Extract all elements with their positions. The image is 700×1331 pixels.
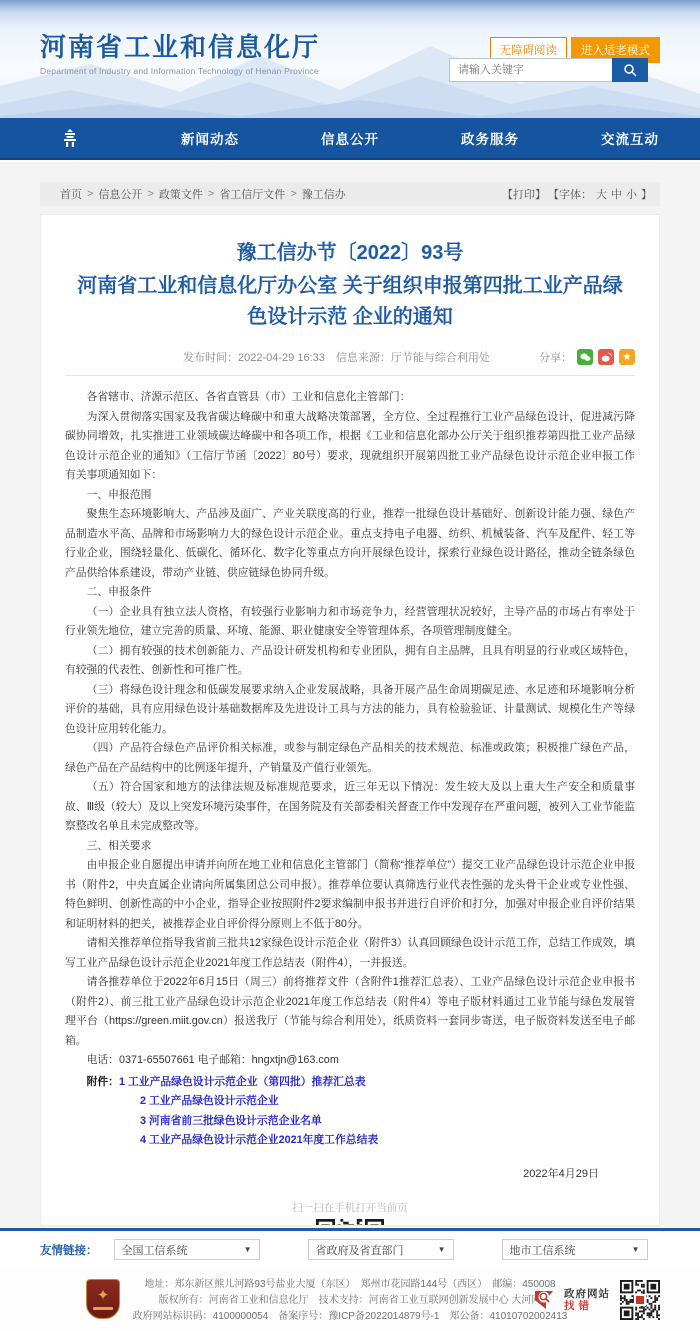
emblem-bar xyxy=(93,1307,113,1310)
site-footer: ✦ 地址：郑东新区熊儿河路93号盐业大厦（东区） 郑州市花园路144号（西区） … xyxy=(0,1268,700,1331)
breadcrumb-item: 首页 xyxy=(50,186,82,202)
search-bar xyxy=(449,58,648,82)
article-paragraph: 三、相关要求 xyxy=(65,837,635,857)
select-value: 全国工信系统 xyxy=(122,1242,188,1258)
font-size-option[interactable]: 中 xyxy=(611,189,622,201)
weibo-share-icon[interactable] xyxy=(598,349,614,365)
breadcrumb-link[interactable]: 豫工信办 xyxy=(302,186,346,202)
breadcrumb-item: > 省工信厅文件 xyxy=(203,186,285,202)
article-paragraph: （五）符合国家和地方的法律法规及标准规范要求，近三年无以下情况：发生较大及以上重… xyxy=(65,778,635,837)
attachments-label: 附件： xyxy=(87,1076,119,1088)
chevron-down-icon: ▼ xyxy=(632,1245,640,1254)
attachment-link[interactable]: 4 工业产品绿色设计示范企业2021年度工作总结表 xyxy=(140,1134,378,1146)
breadcrumb-separator: > xyxy=(147,188,153,200)
search-icon xyxy=(623,63,637,77)
search-button[interactable] xyxy=(612,58,648,82)
article-paragraph: 请各推荐单位于2022年6月15日（周三）前将推荐文件（含附件1推荐汇总表）、工… xyxy=(65,973,635,1051)
error-badge-line2: 找错 xyxy=(564,1300,610,1312)
footer-qr-logo xyxy=(634,1294,646,1306)
article-paragraph: 聚焦生态环境影响大、产品涉及面广、产业关联度高的行业，推荐一批绿色设计基础好、创… xyxy=(65,505,635,583)
home-pagoda-icon xyxy=(60,128,80,148)
page: 河南省工业和信息化厅 Department of Industry and In… xyxy=(0,0,700,1331)
article-paragraph: 请相关推荐单位指导我省前三批共12家绿色设计示范企业（附件3）认真回顾绿色设计示… xyxy=(65,934,635,973)
friend-links-select[interactable]: 全国工信系统 ▼ xyxy=(114,1239,260,1260)
nav-item[interactable]: 交流互动 xyxy=(560,118,700,158)
select-value: 地市工信系统 xyxy=(510,1242,576,1258)
article-paragraph: 二、申报条件 xyxy=(65,583,635,603)
share-label: 分享： xyxy=(539,349,572,365)
friend-links-label: 友情链接： xyxy=(40,1242,98,1258)
font-size-prefix: 【字体： xyxy=(548,186,592,202)
font-size-options: 大中小 xyxy=(594,186,639,202)
page-qr-code xyxy=(316,1219,384,1226)
chevron-down-icon: ▼ xyxy=(438,1245,446,1254)
site-banner: 河南省工业和信息化厅 Department of Industry and In… xyxy=(0,0,700,118)
favorite-share-icon[interactable]: ★ xyxy=(619,349,635,365)
emblem-icon: ✦ xyxy=(97,1288,110,1304)
nav-item[interactable]: 政务服务 xyxy=(420,118,560,158)
article-paragraph: （四）产品符合绿色产品评价相关标准，或参与制定绿色产品相关的技术规范、标准或政策… xyxy=(65,739,635,778)
paragraph-list: 各省辖市、济源示范区、各省直管县（市）工业和信息化主管部门：为深入贯彻落实国家及… xyxy=(65,388,635,1071)
attachments-block: 附件：1 工业产品绿色设计示范企业（第四批）推荐汇总表 2 工业产品绿色设计示范… xyxy=(65,1073,635,1151)
print-button[interactable]: 【打印】 xyxy=(502,186,546,202)
article-paragraph: （一）企业具有独立法人资格，有较强行业影响力和市场竞争力，经营管理状况较好，主导… xyxy=(65,603,635,642)
attachment-list: 2 工业产品绿色设计示范企业3 河南省前三批绿色设计示范企业名单4 工业产品绿色… xyxy=(65,1092,635,1151)
qr-caption: 扫一扫在手机打开当前页 xyxy=(65,1200,635,1215)
publish-info: 发布时间：2022-04-29 16:33 信息来源：厅节能与综合利用处 xyxy=(183,349,490,365)
font-size-suffix: 】 xyxy=(641,186,652,202)
search-input[interactable] xyxy=(449,58,612,82)
breadcrumb-bar: 首页 > 信息公开 > 政策文件 > 省工信厅文件 > 豫工信办 【打印】 【字… xyxy=(40,182,660,206)
font-size-option[interactable]: 小 xyxy=(626,189,637,201)
document-card: 豫工信办节〔2022〕93号 河南省工业和信息化厅办公室 关于组织申报第四批工业… xyxy=(40,214,660,1226)
page-tools: 【打印】 【字体： 大中小 】 xyxy=(502,186,652,202)
share-bar: 分享： ★ xyxy=(539,349,635,365)
chevron-down-icon: ▼ xyxy=(244,1245,252,1254)
site-title: 河南省工业和信息化厅 xyxy=(40,32,320,62)
nav-item[interactable]: 信息公开 xyxy=(280,118,420,158)
nav-item[interactable]: 新闻动态 xyxy=(140,118,280,158)
gov-emblem-badge[interactable]: ✦ xyxy=(86,1279,120,1319)
article-paragraph: （三）将绿色设计理念和低碳发展要求纳入企业发展战略，具备开展产品生命周期碳足迹、… xyxy=(65,681,635,740)
breadcrumb-item: > 信息公开 xyxy=(82,186,142,202)
article-paragraph: 由申报企业自愿提出申请并向所在地工业和信息化主管部门（简称“推荐单位”）提交工业… xyxy=(65,856,635,934)
attachment-link[interactable]: 2 工业产品绿色设计示范企业 xyxy=(140,1095,279,1107)
breadcrumb: 首页 > 信息公开 > 政策文件 > 省工信厅文件 > 豫工信办 xyxy=(50,186,346,202)
article-paragraph: 为深入贯彻落实国家及我省碳达峰碳中和重大战略决策部署，全方位、全过程推行工业产品… xyxy=(65,408,635,486)
article-paragraph: 电话：0371-65507661 电子邮箱：hngxtjn@163.com xyxy=(65,1051,635,1071)
footer-qr-code xyxy=(620,1280,660,1320)
select-value: 省政府及省直部门 xyxy=(316,1242,404,1258)
attachment-line-1: 附件：1 工业产品绿色设计示范企业（第四批）推荐汇总表 xyxy=(65,1073,635,1093)
main-content: 首页 > 信息公开 > 政策文件 > 省工信厅文件 > 豫工信办 【打印】 【字… xyxy=(0,162,700,1228)
document-number: 豫工信办节〔2022〕93号 xyxy=(65,237,635,269)
friend-links-select[interactable]: 省政府及省直部门 ▼ xyxy=(308,1239,454,1260)
attachment-link[interactable]: 1 工业产品绿色设计示范企业（第四批）推荐汇总表 xyxy=(119,1076,366,1088)
article-paragraph: （二）拥有较强的技术创新能力、产品设计研发机构和专业团队，拥有自主品牌，且具有明… xyxy=(65,642,635,681)
attachment-link[interactable]: 3 河南省前三批绿色设计示范企业名单 xyxy=(140,1115,322,1127)
main-nav: 新闻动态信息公开政务服务交流互动 xyxy=(0,118,700,160)
qr-section: 扫一扫在手机打开当前页 xyxy=(65,1200,635,1226)
breadcrumb-link[interactable]: 省工信厅文件 xyxy=(219,186,285,202)
nav-home[interactable] xyxy=(0,118,140,158)
friend-links-select[interactable]: 地市工信系统 ▼ xyxy=(502,1239,648,1260)
footer-badges: 政府网站 找错 xyxy=(533,1280,660,1320)
error-badge-line1: 政府网站 xyxy=(564,1288,610,1300)
breadcrumb-separator: > xyxy=(87,188,93,200)
breadcrumb-item: > 豫工信办 xyxy=(285,186,345,202)
breadcrumb-link[interactable]: 政策文件 xyxy=(159,186,203,202)
article-paragraph: 一、申报范围 xyxy=(65,486,635,506)
site-logo[interactable]: 河南省工业和信息化厅 Department of Industry and In… xyxy=(40,32,320,76)
error-magnifier-icon xyxy=(533,1287,559,1313)
document-body: 各省辖市、济源示范区、各省直管县（市）工业和信息化主管部门：为深入贯彻落实国家及… xyxy=(65,388,635,1184)
breadcrumb-separator: > xyxy=(290,188,296,200)
breadcrumb-link[interactable]: 首页 xyxy=(60,186,82,202)
document-meta: 发布时间：2022-04-29 16:33 信息来源：厅节能与综合利用处 分享：… xyxy=(65,349,635,376)
friend-links-selects: 全国工信系统 ▼ 省政府及省直部门 ▼ 地市工信系统 ▼ xyxy=(114,1239,648,1260)
document-date: 2022年4月29日 xyxy=(65,1165,635,1185)
breadcrumb-separator: > xyxy=(208,188,214,200)
site-subtitle: Department of Industry and Information T… xyxy=(40,66,320,76)
breadcrumb-item: > 政策文件 xyxy=(142,186,202,202)
document-title: 河南省工业和信息化厅办公室 关于组织申报第四批工业产品绿色设计示范 企业的通知 xyxy=(65,271,635,333)
font-size-option[interactable]: 大 xyxy=(596,189,607,201)
friend-links-bar: 友情链接： 全国工信系统 ▼ 省政府及省直部门 ▼ 地市工信系统 ▼ xyxy=(0,1228,700,1268)
article-paragraph: 各省辖市、济源示范区、各省直管县（市）工业和信息化主管部门： xyxy=(65,388,635,408)
site-error-report-badge[interactable]: 政府网站 找错 xyxy=(533,1287,610,1313)
wechat-share-icon[interactable] xyxy=(577,349,593,365)
breadcrumb-link[interactable]: 信息公开 xyxy=(98,186,142,202)
